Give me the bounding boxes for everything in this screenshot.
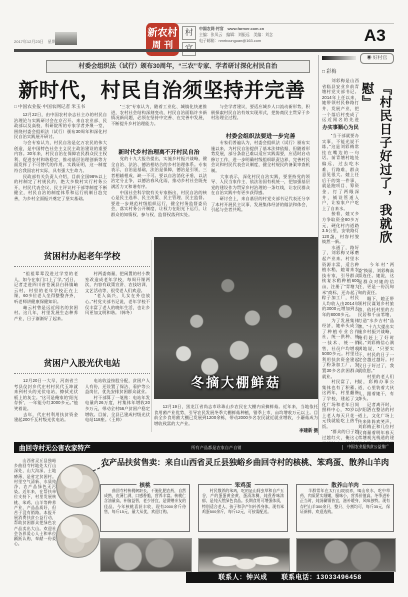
- subhead-law: 村委会组织法要进一步完善: [211, 131, 310, 140]
- product-desc-eggs: 村民散养的笨鸡，吃的是山间虫草和自产五谷，产的蛋蛋黄金黄、蛋清浓稠，炖煮香味浓郁…: [202, 488, 284, 528]
- product-box-goat: 散养山羊肉 羊群常年在太行山坡放养，喝山泉水，吃中草药，肉质紧实细嫩，膻味小，营…: [296, 484, 394, 532]
- left-article-heading-2: 贫困户入股光伏电站: [14, 357, 150, 369]
- main-kicker: 村委会组织法（试行）颁布30周年，“三农”专家、学者研讨深化村民自治: [46, 60, 310, 73]
- divider-dotted-1: [14, 266, 150, 267]
- product-box-walnut: 核桃 曲回寺村核桃树龄长，不施化肥农药，自然成熟，皮薄仁满，口感香脆，营养丰富。…: [100, 484, 190, 532]
- masthead-info: 中国农网·村官 www.farmer.com.cn 主编：张凤云 编辑：刘振远 …: [199, 26, 339, 44]
- left-article1-col2: 村两委商量，把闲置的村小教室改造成老年学校，每周开课两次，内容有政策宣讲、农技培…: [85, 271, 150, 351]
- product-photo-goat: [296, 538, 396, 572]
- sidebar-col2: 今年村“两委”换届，刘彩梅高票连任。她说，这是群众对她的信任，更是一份沉甸甸的责…: [358, 262, 394, 584]
- ad-intro-column: 山西省灵丘县独峪乡曲回寺村地处太行山深处，山大沟深，土地瘠薄，是省定贫困村。村里…: [14, 458, 56, 578]
- photo-title: 冬摘大棚鲜菇: [154, 372, 318, 391]
- article-column-2a: “三农”专家认为，随着工业化、城镇化快速推进，农村社会结构深刻变动，村民自治面临…: [111, 104, 207, 144]
- article-column-1: 12月22日，由中国农村杂志社主办的村民自治理论与实践研讨会在京召开。来自农业部…: [14, 112, 107, 234]
- sidebar-byline: □ 彩梅: [322, 68, 336, 75]
- product-label-eggs: 笨鸡蛋: [232, 481, 255, 489]
- feature-photo: 冬摘大棚鲜菇: [154, 237, 318, 399]
- left-article2-col1: 12月20日一大早，河南省兰考县仪封乡代庄村村民代玉坤就来到村头的光伏电站，擦拭…: [14, 378, 78, 446]
- left-article1-col1: “祖祖辈辈没进过学堂的老人，如今在家门口上了学。”近日，记者走进四川省苍溪县白驿…: [14, 271, 78, 351]
- article-column-3b: 专家们普遍认为，村委会组织法（试行）颁布实施以来，为村民自治提供了基本法律依据，…: [211, 140, 310, 234]
- product-photo-eggs: [198, 538, 290, 572]
- article-column-3a: 与会学者建议，要适应城乡人口流动新形势，积极探索村民自治有效实现形式，把协商民主…: [211, 104, 310, 128]
- main-byline: □ 中国农业报·中国农网记者 米玉书: [14, 104, 107, 110]
- ad-contact-bar: 联系人：钟兴成 联系电话：13033496458: [186, 572, 394, 583]
- photo-credit: 李建新 摄: [154, 428, 318, 434]
- divider-dotted-2: [14, 373, 150, 374]
- sidebar-col1a: 刘彩梅是山西省临县安业乡前青塘村党支部书记。2014年上任以来，她带领村民修路打…: [322, 78, 359, 122]
- product-label-walnut: 核桃: [136, 481, 153, 489]
- left-article2-col2: 电站收益按股分配，贫困户人人有份，还设置了保洁、看护等公益岗位，优先安排贫困群众…: [85, 378, 150, 446]
- product-desc-goat: 羊群常年在太行山坡放养，喝山泉水，吃中草药，肉质紧实细嫩，膻味小，营养价值高。冬…: [300, 488, 390, 528]
- masthead-side-char1: 村: [182, 26, 196, 40]
- walnut-photo-circle-2: [56, 514, 100, 558]
- page-number: A3: [364, 26, 386, 46]
- sidebar-ornament-bar: [322, 56, 356, 60]
- left-article-heading-1: 贫困村办起老年学校: [14, 250, 150, 262]
- photo-caption: 12月19日，黑龙江省尚志市珍珠山乡农民在大棚内采摘鲜菇。近年来，当地依托食用菌…: [154, 404, 318, 428]
- subhead-governance: 新时代乡村治理离不开村民自治: [111, 147, 207, 156]
- product-photo-walnut: [100, 538, 192, 572]
- newspaper-page: 2017年12月23日 星期六 新农村 周刊 村 官 中国农网·村官 www.f…: [0, 0, 408, 597]
- header-rule: [14, 49, 394, 52]
- date-line: 2017年12月23日 星期六: [14, 39, 60, 45]
- header-top-rule: [148, 23, 394, 24]
- masthead-logo-line1: 新农村: [148, 28, 178, 40]
- sidebar-badge: ◉ 好村官: [360, 53, 394, 64]
- weather-strip: [55, 32, 77, 45]
- divider-vertical-sidebar: [318, 55, 319, 435]
- sidebar-vertical-headline: 『村民日子好过了，我就欣慰』: [358, 82, 394, 257]
- ad-bar-middle: 所有产品都是农家自产自销: [191, 445, 241, 451]
- ad-bar-right: 中国农业报扶贫公益推广: [342, 445, 389, 450]
- product-box-eggs: 笨鸡蛋 村民散养的笨鸡，吃的是山间虫草和自产五谷，产的蛋蛋黄金黄、蛋清浓稠，炖煮…: [198, 484, 288, 532]
- article-column-2b: 党的十九大报告提出，实施乡村振兴战略，健全自治、法治、德治相结合的乡村治理体系。…: [111, 156, 207, 234]
- ad-headline: 农产品扶贫售卖：来自山西省灵丘县独峪乡曲回寺村的核桃、笨鸡蛋、散养山羊肉: [96, 457, 394, 468]
- ad-title-bar: 曲回寺村无公害农家特产 所有产品都是农家自产自销 中国农业报扶贫公益推广: [14, 442, 394, 453]
- ad-bar-left: 曲回寺村无公害农家特产: [19, 443, 91, 452]
- divider-vertical-photo: [151, 240, 152, 432]
- product-desc-walnut: 曲回寺村核桃树龄长，不施化肥农药，自然成熟，皮薄仁满，口感香脆，营养丰富。核桃仁…: [104, 488, 186, 528]
- main-headline: 新时代，村民自治须坚持并完善: [14, 74, 310, 103]
- masthead-info-line3: 电子邮箱：nmrbcunguan@163.com: [199, 38, 339, 44]
- product-label-goat: 散养山羊肉: [328, 481, 362, 489]
- sidebar-subhead: 办实事顺心为民: [322, 124, 359, 131]
